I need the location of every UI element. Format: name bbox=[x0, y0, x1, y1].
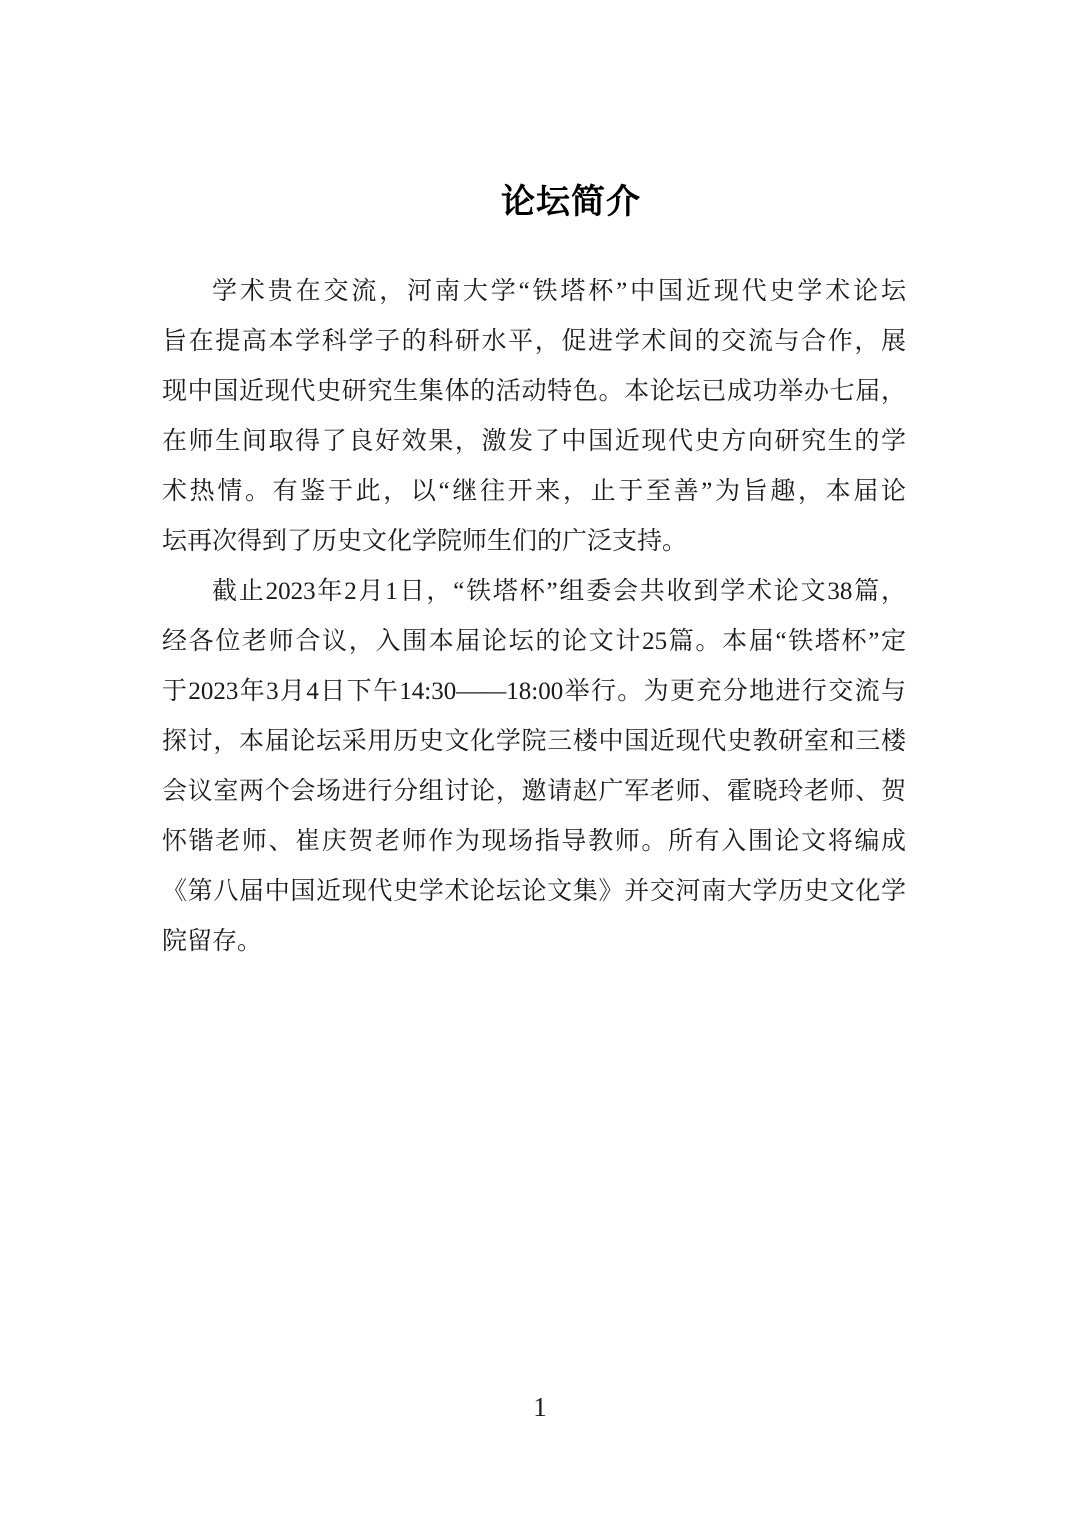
document-page: 论坛简介 学术贵在交流，河南大学“铁塔杯”中国近现代史学术论坛旨在提高本学科学子… bbox=[0, 0, 1080, 1528]
text-line: 截止2023年2月1日，“铁塔杯”组委会共收到学术论文38篇， bbox=[162, 567, 906, 617]
document-body: 学术贵在交流，河南大学“铁塔杯”中国近现代史学术论坛旨在提高本学科学子的科研水平… bbox=[162, 267, 906, 967]
page-number: 1 bbox=[0, 1392, 1080, 1422]
text-line: 术热情。有鉴于此，以“继往开来，止于至善”为旨趣，本届论 bbox=[162, 467, 906, 517]
text-line: 怀锴老师、崔庆贺老师作为现场指导教师。所有入围论文将编成 bbox=[162, 817, 906, 867]
text-line: 现中国近现代史研究生集体的活动特色。本论坛已成功举办七届， bbox=[162, 367, 906, 417]
text-line: 于2023年3月4日下午14:30——18:00举行。为更充分地进行交流与 bbox=[162, 667, 906, 717]
text-line: 学术贵在交流，河南大学“铁塔杯”中国近现代史学术论坛 bbox=[162, 267, 906, 317]
text-line: 探讨，本届论坛采用历史文化学院三楼中国近现代史教研室和三楼 bbox=[162, 717, 906, 767]
text-line: 坛再次得到了历史文化学院师生们的广泛支持。 bbox=[162, 517, 906, 567]
text-line: 旨在提高本学科学子的科研水平，促进学术间的交流与合作，展 bbox=[162, 317, 906, 367]
text-line: 《第八届中国近现代史学术论坛论文集》并交河南大学历史文化学 bbox=[162, 867, 906, 917]
text-line: 院留存。 bbox=[162, 917, 906, 967]
text-line: 在师生间取得了良好效果，激发了中国近现代史方向研究生的学 bbox=[162, 417, 906, 467]
text-line: 经各位老师合议，入围本届论坛的论文计25篇。本届“铁塔杯”定 bbox=[162, 617, 906, 667]
document-title: 论坛简介 bbox=[0, 177, 1080, 227]
text-line: 会议室两个会场进行分组讨论，邀请赵广军老师、霍晓玲老师、贺 bbox=[162, 767, 906, 817]
